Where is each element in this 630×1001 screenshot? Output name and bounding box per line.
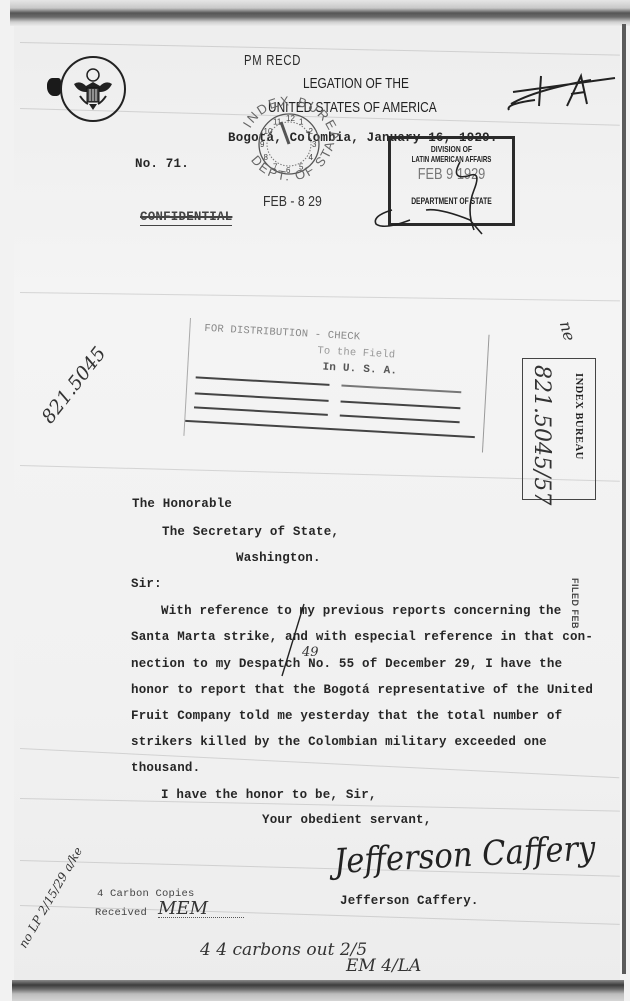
index-bureau-clock-stamp: INDEX BUREAU DEPT. OF STATE 121234567891… — [234, 82, 334, 182]
pm-recd-stamp: PM RECD — [244, 52, 301, 69]
great-seal-icon — [60, 56, 126, 122]
received-date-stamp: FEB - 8 29 — [263, 193, 322, 210]
scan-right-edge — [622, 24, 626, 974]
scan-top-edge — [10, 0, 630, 26]
received-initials: MEM — [158, 898, 208, 919]
ink-blot — [47, 78, 61, 96]
received-dotted-line — [158, 917, 244, 918]
body-line: thousand. — [131, 761, 200, 775]
handwritten-initials-la — [505, 70, 625, 120]
svg-text:4: 4 — [309, 153, 314, 162]
addressee-line1: The Honorable — [132, 497, 232, 511]
distribution-line1: FOR DISTRIBUTION - CHECK — [204, 323, 360, 344]
svg-text:2: 2 — [309, 127, 314, 136]
body-line: strikers killed by the Colombian militar… — [131, 735, 547, 749]
addressee-line3: Washington. — [236, 551, 321, 565]
svg-text:1: 1 — [299, 118, 304, 127]
distribution-stamp: FOR DISTRIBUTION - CHECK To the Field In… — [183, 318, 489, 453]
handwritten-correction-slash — [276, 600, 306, 680]
index-bureau-box-stamp: 821.5045/57 INDEX BUREAU — [522, 358, 596, 500]
despatch-ref-correction: 49 — [302, 645, 319, 660]
body-line: With reference to my previous reports co… — [161, 604, 561, 618]
svg-text:INDEX BUREAU: INDEX BUREAU — [234, 82, 344, 144]
scan-bottom-edge — [12, 980, 624, 1001]
svg-text:11: 11 — [273, 118, 282, 127]
body-line: Fruit Company told me yesterday that the… — [131, 709, 562, 723]
typed-signature: Jefferson Caffery. — [340, 894, 479, 908]
svg-text:8: 8 — [264, 153, 269, 162]
svg-text:5: 5 — [299, 163, 304, 172]
body-line: honor to report that the Bogotá represen… — [131, 683, 593, 697]
svg-text:9: 9 — [260, 140, 265, 149]
closing-line2: Your obedient servant, — [262, 813, 431, 827]
handwritten-scribble — [370, 150, 510, 240]
classification-struck: CONFIDENTIAL — [140, 210, 232, 226]
svg-text:7: 7 — [273, 163, 278, 172]
closing-line1: I have the honor to be, Sir, — [161, 788, 377, 802]
svg-text:10: 10 — [264, 127, 273, 136]
filed-side-stamp: FILED FEB — [570, 578, 580, 629]
salutation: Sir: — [131, 577, 162, 591]
distribution-line3: In U. S. A. — [322, 361, 397, 377]
despatch-number: No. 71. — [135, 157, 189, 171]
svg-text:3: 3 — [312, 140, 317, 149]
body-line: nection to my Despatch No. 55 of Decembe… — [131, 657, 562, 671]
index-bureau-label: INDEX BUREAU — [573, 373, 584, 460]
distribution-line2: To the Field — [317, 345, 396, 361]
addressee-line2: The Secretary of State, — [162, 525, 339, 539]
index-file-number: 821.5045/57 — [529, 365, 554, 505]
svg-text:12: 12 — [286, 114, 295, 123]
svg-text:6: 6 — [286, 166, 291, 175]
received-label: Received — [95, 907, 147, 919]
bottom-note-carbons: 4 4 carbons out 2/5 — [200, 940, 367, 960]
bottom-note-initials: EM 4/LA — [346, 956, 421, 976]
body-line: Santa Marta strike, and with especial re… — [131, 630, 593, 644]
